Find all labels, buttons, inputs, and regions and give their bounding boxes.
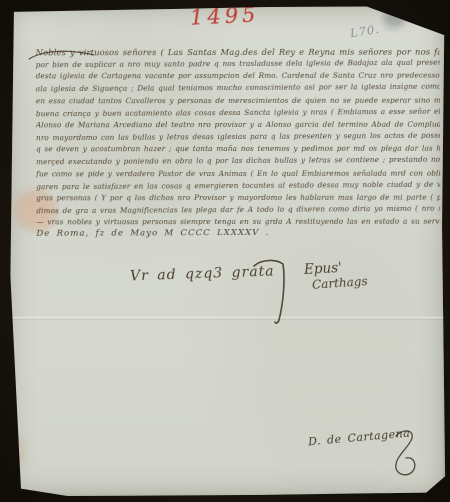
manuscript-line: merçed executando y poniendo en obra lo … [36,154,440,169]
manuscript-body: Nobles y virtuosos señores ( Las Santas … [36,45,441,239]
fold-crease [8,316,444,320]
manuscript-line: ala iglesia de Siguença ; Dela qual teni… [36,81,440,96]
signature-paraph-icon [252,256,288,326]
signature-flourish-icon [390,428,430,480]
date-line: De Roma, fz de Mayo M CCCC LXXXXV . [36,227,440,239]
manuscript-paper: 1495 L70. Nobles y virtuosos señores ( L… [6,4,446,498]
shelf-mark: L70. [349,22,381,41]
signer-title-line2: Carthags [312,274,368,292]
